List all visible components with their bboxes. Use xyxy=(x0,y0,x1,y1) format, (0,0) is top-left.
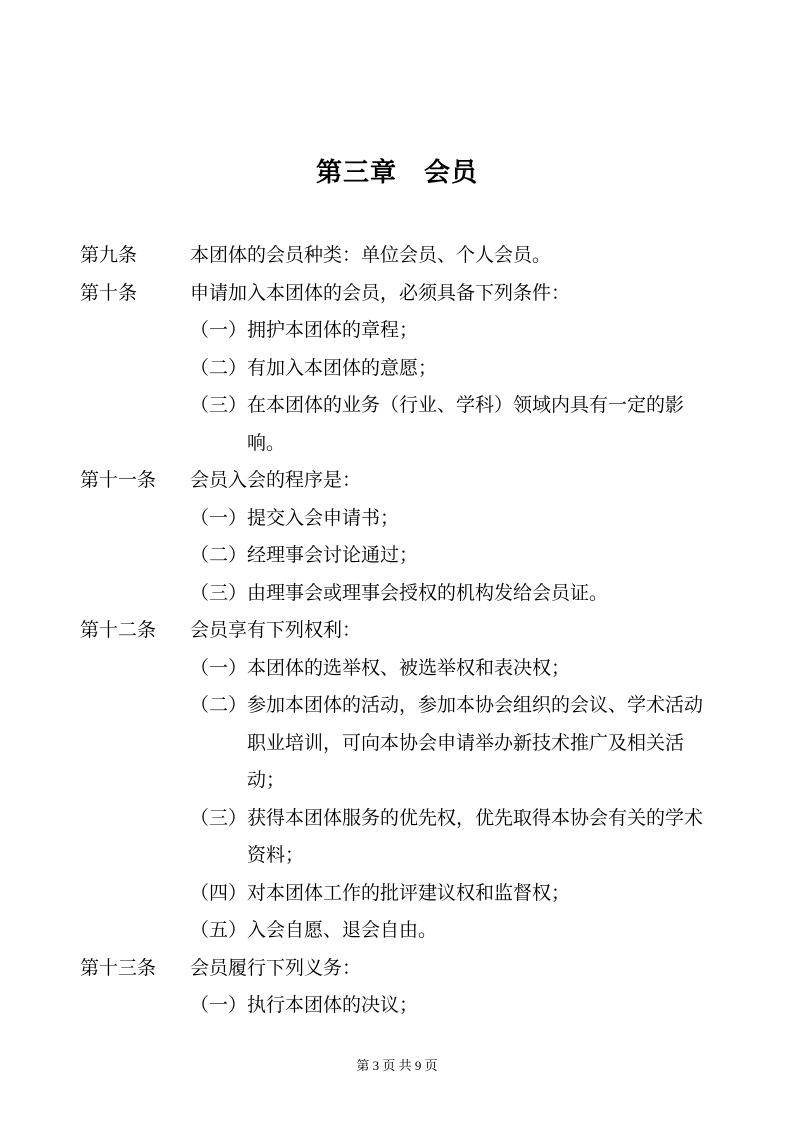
page-footer: 第 3 页 共 9 页 xyxy=(0,1057,794,1074)
item-row: （一）拥护本团体的章程； xyxy=(190,312,724,350)
item-text: 对本团体工作的批评建议权和监督权； xyxy=(247,875,724,913)
item-text-line: 响。 xyxy=(247,425,724,463)
item-text-line: 对本团体工作的批评建议权和监督权； xyxy=(247,875,724,913)
item-text-line: 提交入会申请书； xyxy=(247,500,724,538)
item-row: （五）入会自愿、退会自由。 xyxy=(190,912,724,950)
item-number: （一） xyxy=(190,987,247,1025)
chapter-title: 第三章 会员 xyxy=(0,155,794,189)
item-row: （二）经理事会讨论通过； xyxy=(190,537,724,575)
article-row: 第十一条会员入会的程序是： xyxy=(80,462,724,500)
item-number: （一） xyxy=(190,312,247,350)
article-text: 本团体的会员种类：单位会员、个人会员。 xyxy=(190,237,724,275)
item-row: （四）对本团体工作的批评建议权和监督权； xyxy=(190,875,724,913)
item-text-line: 由理事会或理事会授权的机构发给会员证。 xyxy=(247,575,724,613)
item-row: （三）由理事会或理事会授权的机构发给会员证。 xyxy=(190,575,724,613)
item-number: （二） xyxy=(190,350,247,388)
item-text-line: 动； xyxy=(247,762,724,800)
item-text: 在本团体的业务（行业、学科）领域内具有一定的影响。 xyxy=(247,387,724,462)
item-text-line: 经理事会讨论通过； xyxy=(247,537,724,575)
item-row: （一）提交入会申请书； xyxy=(190,500,724,538)
item-text-line: 拥护本团体的章程； xyxy=(247,312,724,350)
item-text-line: 资料； xyxy=(247,837,724,875)
item-text: 有加入本团体的意愿； xyxy=(247,350,724,388)
item-text: 提交入会申请书； xyxy=(247,500,724,538)
article-text: 会员入会的程序是： xyxy=(190,462,724,500)
articles-container: 第九条本团体的会员种类：单位会员、个人会员。第十条申请加入本团体的会员，必须具备… xyxy=(80,237,724,1025)
article-label: 第十二条 xyxy=(80,612,190,650)
article-row: 第十二条会员享有下列权利： xyxy=(80,612,724,650)
item-number: （四） xyxy=(190,875,247,913)
document-page: 第三章 会员 第九条本团体的会员种类：单位会员、个人会员。第十条申请加入本团体的… xyxy=(0,0,794,1123)
article-text: 会员享有下列权利： xyxy=(190,612,724,650)
item-number: （三） xyxy=(190,387,247,425)
article-row: 第九条本团体的会员种类：单位会员、个人会员。 xyxy=(80,237,724,275)
item-text-line: 执行本团体的决议； xyxy=(247,987,724,1025)
item-number: （一） xyxy=(190,500,247,538)
item-text: 获得本团体服务的优先权，优先取得本协会有关的学术资料； xyxy=(247,800,724,875)
item-text-line: 有加入本团体的意愿； xyxy=(247,350,724,388)
item-text-line: 入会自愿、退会自由。 xyxy=(247,912,724,950)
article-label: 第十三条 xyxy=(80,950,190,988)
item-number: （三） xyxy=(190,575,247,613)
article-label: 第十一条 xyxy=(80,462,190,500)
item-text: 入会自愿、退会自由。 xyxy=(247,912,724,950)
item-text: 经理事会讨论通过； xyxy=(247,537,724,575)
item-text-line: 本团体的选举权、被选举权和表决权； xyxy=(247,650,724,688)
item-number: （五） xyxy=(190,912,247,950)
item-text: 本团体的选举权、被选举权和表决权； xyxy=(247,650,724,688)
item-number: （一） xyxy=(190,650,247,688)
item-text-line: 获得本团体服务的优先权，优先取得本协会有关的学术 xyxy=(247,800,724,838)
item-row: （二）有加入本团体的意愿； xyxy=(190,350,724,388)
item-text-line: 在本团体的业务（行业、学科）领域内具有一定的影 xyxy=(247,387,724,425)
article-text: 会员履行下列义务： xyxy=(190,950,724,988)
article-label: 第十条 xyxy=(80,275,190,313)
item-text: 参加本团体的活动，参加本协会组织的会议、学术活动职业培训，可向本协会申请举办新技… xyxy=(247,687,724,800)
item-text: 执行本团体的决议； xyxy=(247,987,724,1025)
item-number: （三） xyxy=(190,800,247,838)
item-text-line: 职业培训，可向本协会申请举办新技术推广及相关活 xyxy=(247,725,724,763)
item-number: （二） xyxy=(190,537,247,575)
article-label: 第九条 xyxy=(80,237,190,275)
article-row: 第十三条会员履行下列义务： xyxy=(80,950,724,988)
item-row: （三）获得本团体服务的优先权，优先取得本协会有关的学术资料； xyxy=(190,800,724,875)
item-text-line: 参加本团体的活动，参加本协会组织的会议、学术活动 xyxy=(247,687,724,725)
article-text: 申请加入本团体的会员，必须具备下列条件： xyxy=(190,275,724,313)
item-row: （二）参加本团体的活动，参加本协会组织的会议、学术活动职业培训，可向本协会申请举… xyxy=(190,687,724,800)
item-number: （二） xyxy=(190,687,247,725)
item-row: （三）在本团体的业务（行业、学科）领域内具有一定的影响。 xyxy=(190,387,724,462)
item-row: （一）执行本团体的决议； xyxy=(190,987,724,1025)
article-row: 第十条申请加入本团体的会员，必须具备下列条件： xyxy=(80,275,724,313)
item-text: 由理事会或理事会授权的机构发给会员证。 xyxy=(247,575,724,613)
item-row: （一）本团体的选举权、被选举权和表决权； xyxy=(190,650,724,688)
item-text: 拥护本团体的章程； xyxy=(247,312,724,350)
